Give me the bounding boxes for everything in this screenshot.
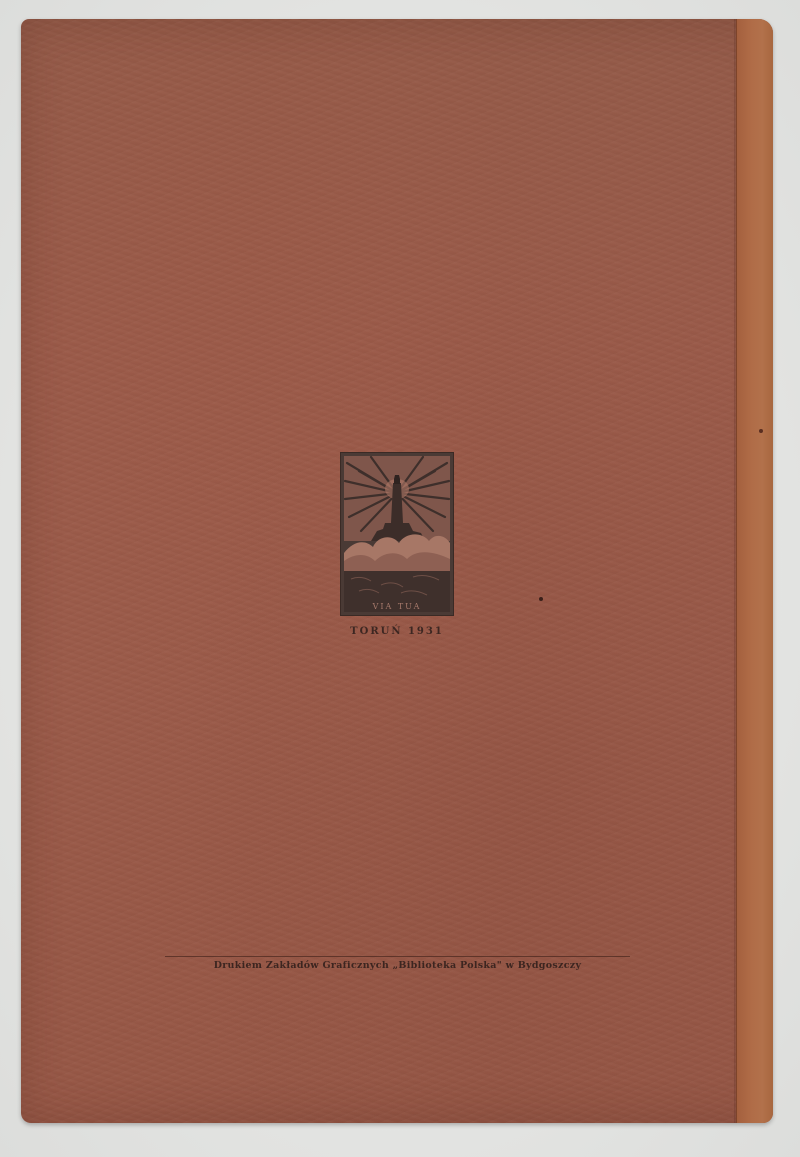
lighthouse-emblem-icon: VIA TUA [340, 452, 454, 616]
book-back-cover: VIA TUA TORUŃ 1931 Drukiem Zakładów Graf… [21, 19, 773, 1123]
printer-imprint-line: Drukiem Zakładów Graficznych „Biblioteka… [165, 960, 630, 971]
emblem-motto: VIA TUA [341, 602, 453, 611]
paper-speck [759, 429, 763, 433]
book-spine [736, 19, 773, 1123]
paper-speck [539, 597, 543, 601]
printer-rule-divider [165, 956, 630, 957]
publisher-emblem: VIA TUA TORUŃ 1931 [340, 452, 454, 637]
imprint-place-year: TORUŃ 1931 [340, 626, 454, 637]
